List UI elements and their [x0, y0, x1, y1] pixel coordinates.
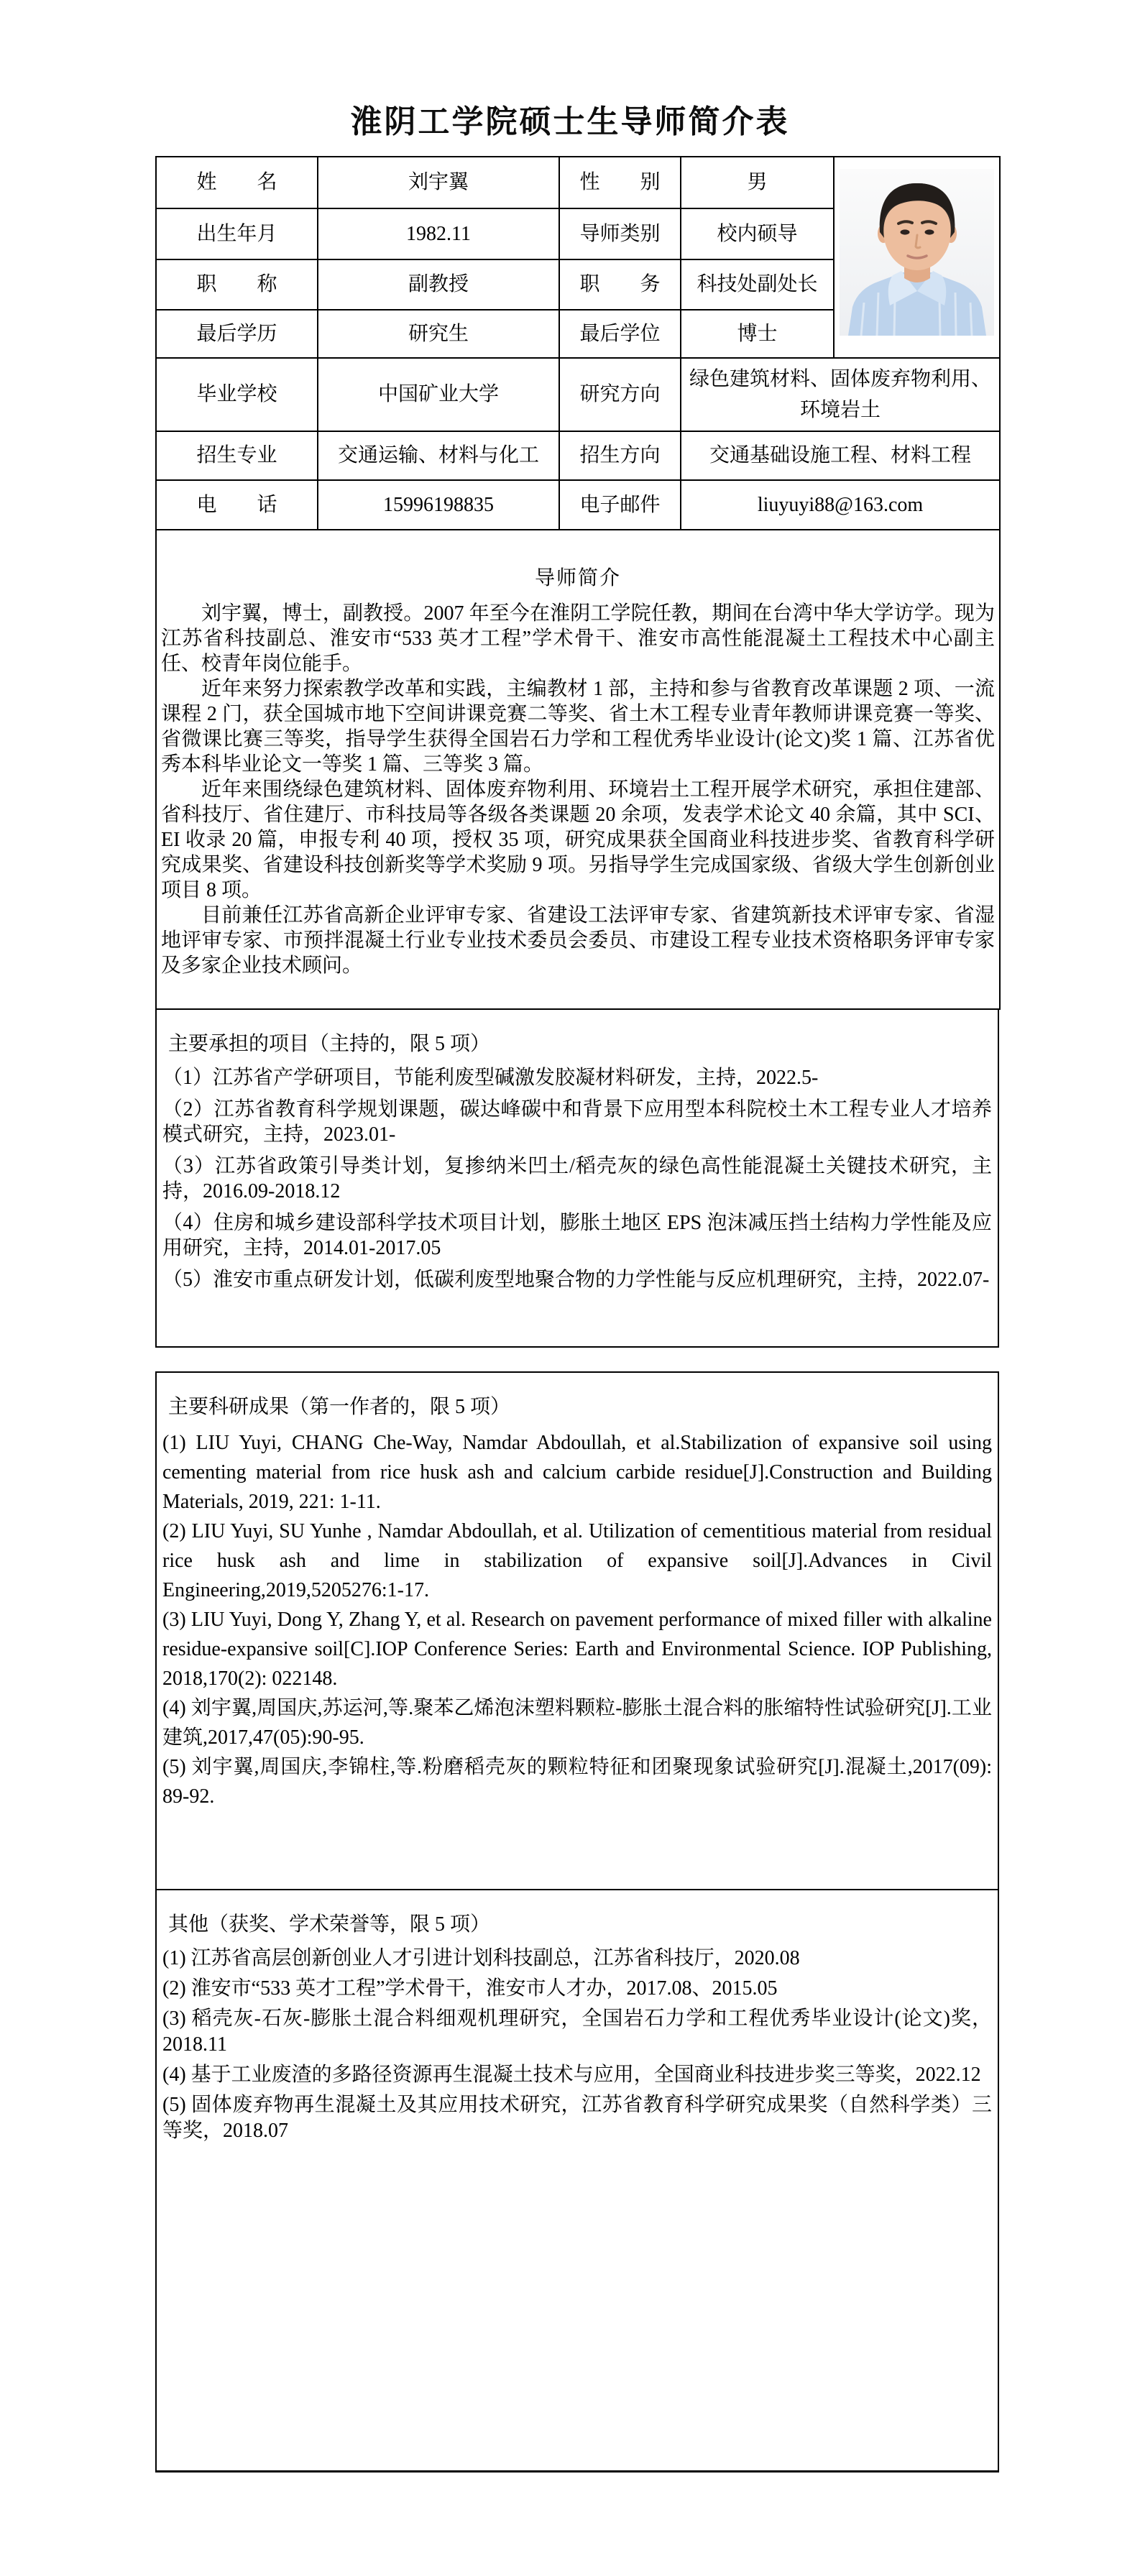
project-item: （1）江苏省产学研项目，节能利废型碱激发胶凝材料研发，主持，2022.5-: [162, 1065, 992, 1090]
award-item: (2) 淮安市“533 英才工程”学术骨干，淮安市人才办，2017.08、201…: [162, 1976, 992, 2002]
field-school-value: 中国矿业大学: [318, 358, 559, 431]
field-gender-label: 性 别: [559, 157, 681, 208]
field-enroll-direction-label: 招生方向: [559, 431, 681, 480]
project-item: （3）江苏省政策引导类计划，复掺纳米凹土/稻壳灰的绿色高性能混凝土关键技术研究，…: [162, 1154, 992, 1204]
section-other-awards: 其他（获奖、学术荣誉等，限 5 项） (1) 江苏省高层创新创业人才引进计划科技…: [155, 1889, 999, 2472]
advisor-info-table: 姓 名 刘宇翼 性 别 男: [155, 156, 1001, 1010]
field-phone-value: 15996198835: [318, 480, 559, 530]
table-row: 毕业学校 中国矿业大学 研究方向 绿色建筑材料、固体废弃物利用、环境岩土: [156, 358, 1000, 431]
advisor-photo: [840, 169, 994, 336]
field-gender-value: 男: [681, 157, 834, 208]
table-row: 导师简介 刘宇翼，博士，副教授。2007 年至今在淮阴工学院任教，期间在台湾中华…: [156, 530, 1000, 1009]
field-research-direction-label: 研究方向: [559, 358, 681, 431]
field-advisor-type-label: 导师类别: [559, 208, 681, 259]
award-item: (1) 江苏省高层创新创业人才引进计划科技副总，江苏省科技厅，2020.08: [162, 1946, 992, 1972]
page-title: 淮阴工学院硕士生导师简介表: [0, 96, 1140, 142]
bio-paragraph: 近年来围绕绿色建筑材料、固体废弃物利用、环境岩土工程开展学术研究，承担住建部、省…: [161, 777, 995, 903]
field-birth-label: 出生年月: [156, 208, 318, 259]
field-birth-value: 1982.11: [318, 208, 559, 259]
publication-item: (5) 刘宇翼,周国庆,李锦柱,等.粉磨稻壳灰的颗粒特征和团聚现象试验研究[J]…: [162, 1752, 992, 1811]
document-content: 姓 名 刘宇翼 性 别 男: [155, 156, 999, 2472]
projects-section-header: 主要承担的项目（主持的，限 5 项）: [168, 1031, 992, 1057]
bio-paragraph: 目前兼任江苏省高新企业评审专家、省建设工法评审专家、省建筑新技术评审专家、省湿地…: [161, 903, 995, 978]
other-section-header: 其他（获奖、学术荣誉等，限 5 项）: [168, 1912, 992, 1937]
publication-item: (3) LIU Yuyi, Dong Y, Zhang Y, et al. Re…: [162, 1605, 992, 1693]
project-item: （5）淮安市重点研发计划，低碳利废型地聚合物的力学性能与反应机理研究，主持，20…: [162, 1267, 992, 1292]
field-title-label: 职 称: [156, 259, 318, 310]
project-item: （2）江苏省教育科学规划课题，碳达峰碳中和背景下应用型本科院校土木工程专业人才培…: [162, 1097, 992, 1147]
award-item: (3) 稻壳灰-石灰-膨胀土混合料细观机理研究，全国岩石力学和工程优秀毕业设计(…: [162, 2006, 992, 2058]
award-item: (5) 固体废弃物再生混凝土及其应用技术研究，江苏省教育科学研究成果奖（自然科学…: [162, 2092, 992, 2144]
field-name-value: 刘宇翼: [318, 157, 559, 208]
field-title-value: 副教授: [318, 259, 559, 310]
project-item: （4）住房和城乡建设部科学技术项目计划，膨胀土地区 EPS 泡沫减压挡土结构力学…: [162, 1210, 992, 1261]
publication-item: (2) LIU Yuyi, SU Yunhe , Namdar Abdoulla…: [162, 1517, 992, 1605]
bio-paragraph: 近年来努力探索教学改革和实践，主编教材 1 部，主持和参与省教育改革课题 2 项…: [161, 676, 995, 777]
field-phone-label: 电 话: [156, 480, 318, 530]
field-advisor-type-value: 校内硕导: [681, 208, 834, 259]
field-education-value: 研究生: [318, 310, 559, 358]
table-row: 姓 名 刘宇翼 性 别 男: [156, 157, 1000, 208]
section-projects: 主要承担的项目（主持的，限 5 项） （1）江苏省产学研项目，节能利废型碱激发胶…: [155, 1008, 999, 1348]
bio-cell: 导师简介 刘宇翼，博士，副教授。2007 年至今在淮阴工学院任教，期间在台湾中华…: [156, 530, 1000, 1009]
field-research-direction-value: 绿色建筑材料、固体废弃物利用、环境岩土: [681, 358, 1000, 431]
field-name-label: 姓 名: [156, 157, 318, 208]
table-row: 招生专业 交通运输、材料与化工 招生方向 交通基础设施工程、材料工程: [156, 431, 1000, 480]
award-item: (4) 基于工业废渣的多路径资源再生混凝土技术与应用，全国商业科技进步奖三等奖，…: [162, 2062, 992, 2088]
field-post-label: 职 务: [559, 259, 681, 310]
bio-section-header: 导师简介: [161, 566, 995, 591]
document-page: 淮阴工学院硕士生导师简介表 姓 名 刘宇翼 性 别 男: [0, 0, 1140, 2576]
photo-cell: [834, 157, 1000, 358]
publications-section-header: 主要科研成果（第一作者的，限 5 项）: [168, 1394, 992, 1420]
field-education-label: 最后学历: [156, 310, 318, 358]
field-enroll-major-label: 招生专业: [156, 431, 318, 480]
field-school-label: 毕业学校: [156, 358, 318, 431]
field-enroll-major-value: 交通运输、材料与化工: [318, 431, 559, 480]
field-email-value: liuyuyi88@163.com: [681, 480, 1000, 530]
field-degree-value: 博士: [681, 310, 834, 358]
publication-item: (1) LIU Yuyi, CHANG Che-Way, Namdar Abdo…: [162, 1428, 992, 1517]
field-enroll-direction-value: 交通基础设施工程、材料工程: [681, 431, 1000, 480]
field-post-value: 科技处副处长: [681, 259, 834, 310]
field-degree-label: 最后学位: [559, 310, 681, 358]
section-publications: 主要科研成果（第一作者的，限 5 项） (1) LIU Yuyi, CHANG …: [155, 1371, 999, 1890]
publication-item: (4) 刘宇翼,周国庆,苏运河,等.聚苯乙烯泡沫塑料颗粒-膨胀土混合料的胀缩特性…: [162, 1693, 992, 1752]
bio-paragraph: 刘宇翼，博士，副教授。2007 年至今在淮阴工学院任教，期间在台湾中华大学访学。…: [161, 601, 995, 676]
field-email-label: 电子邮件: [559, 480, 681, 530]
table-row: 电 话 15996198835 电子邮件 liuyuyi88@163.com: [156, 480, 1000, 530]
